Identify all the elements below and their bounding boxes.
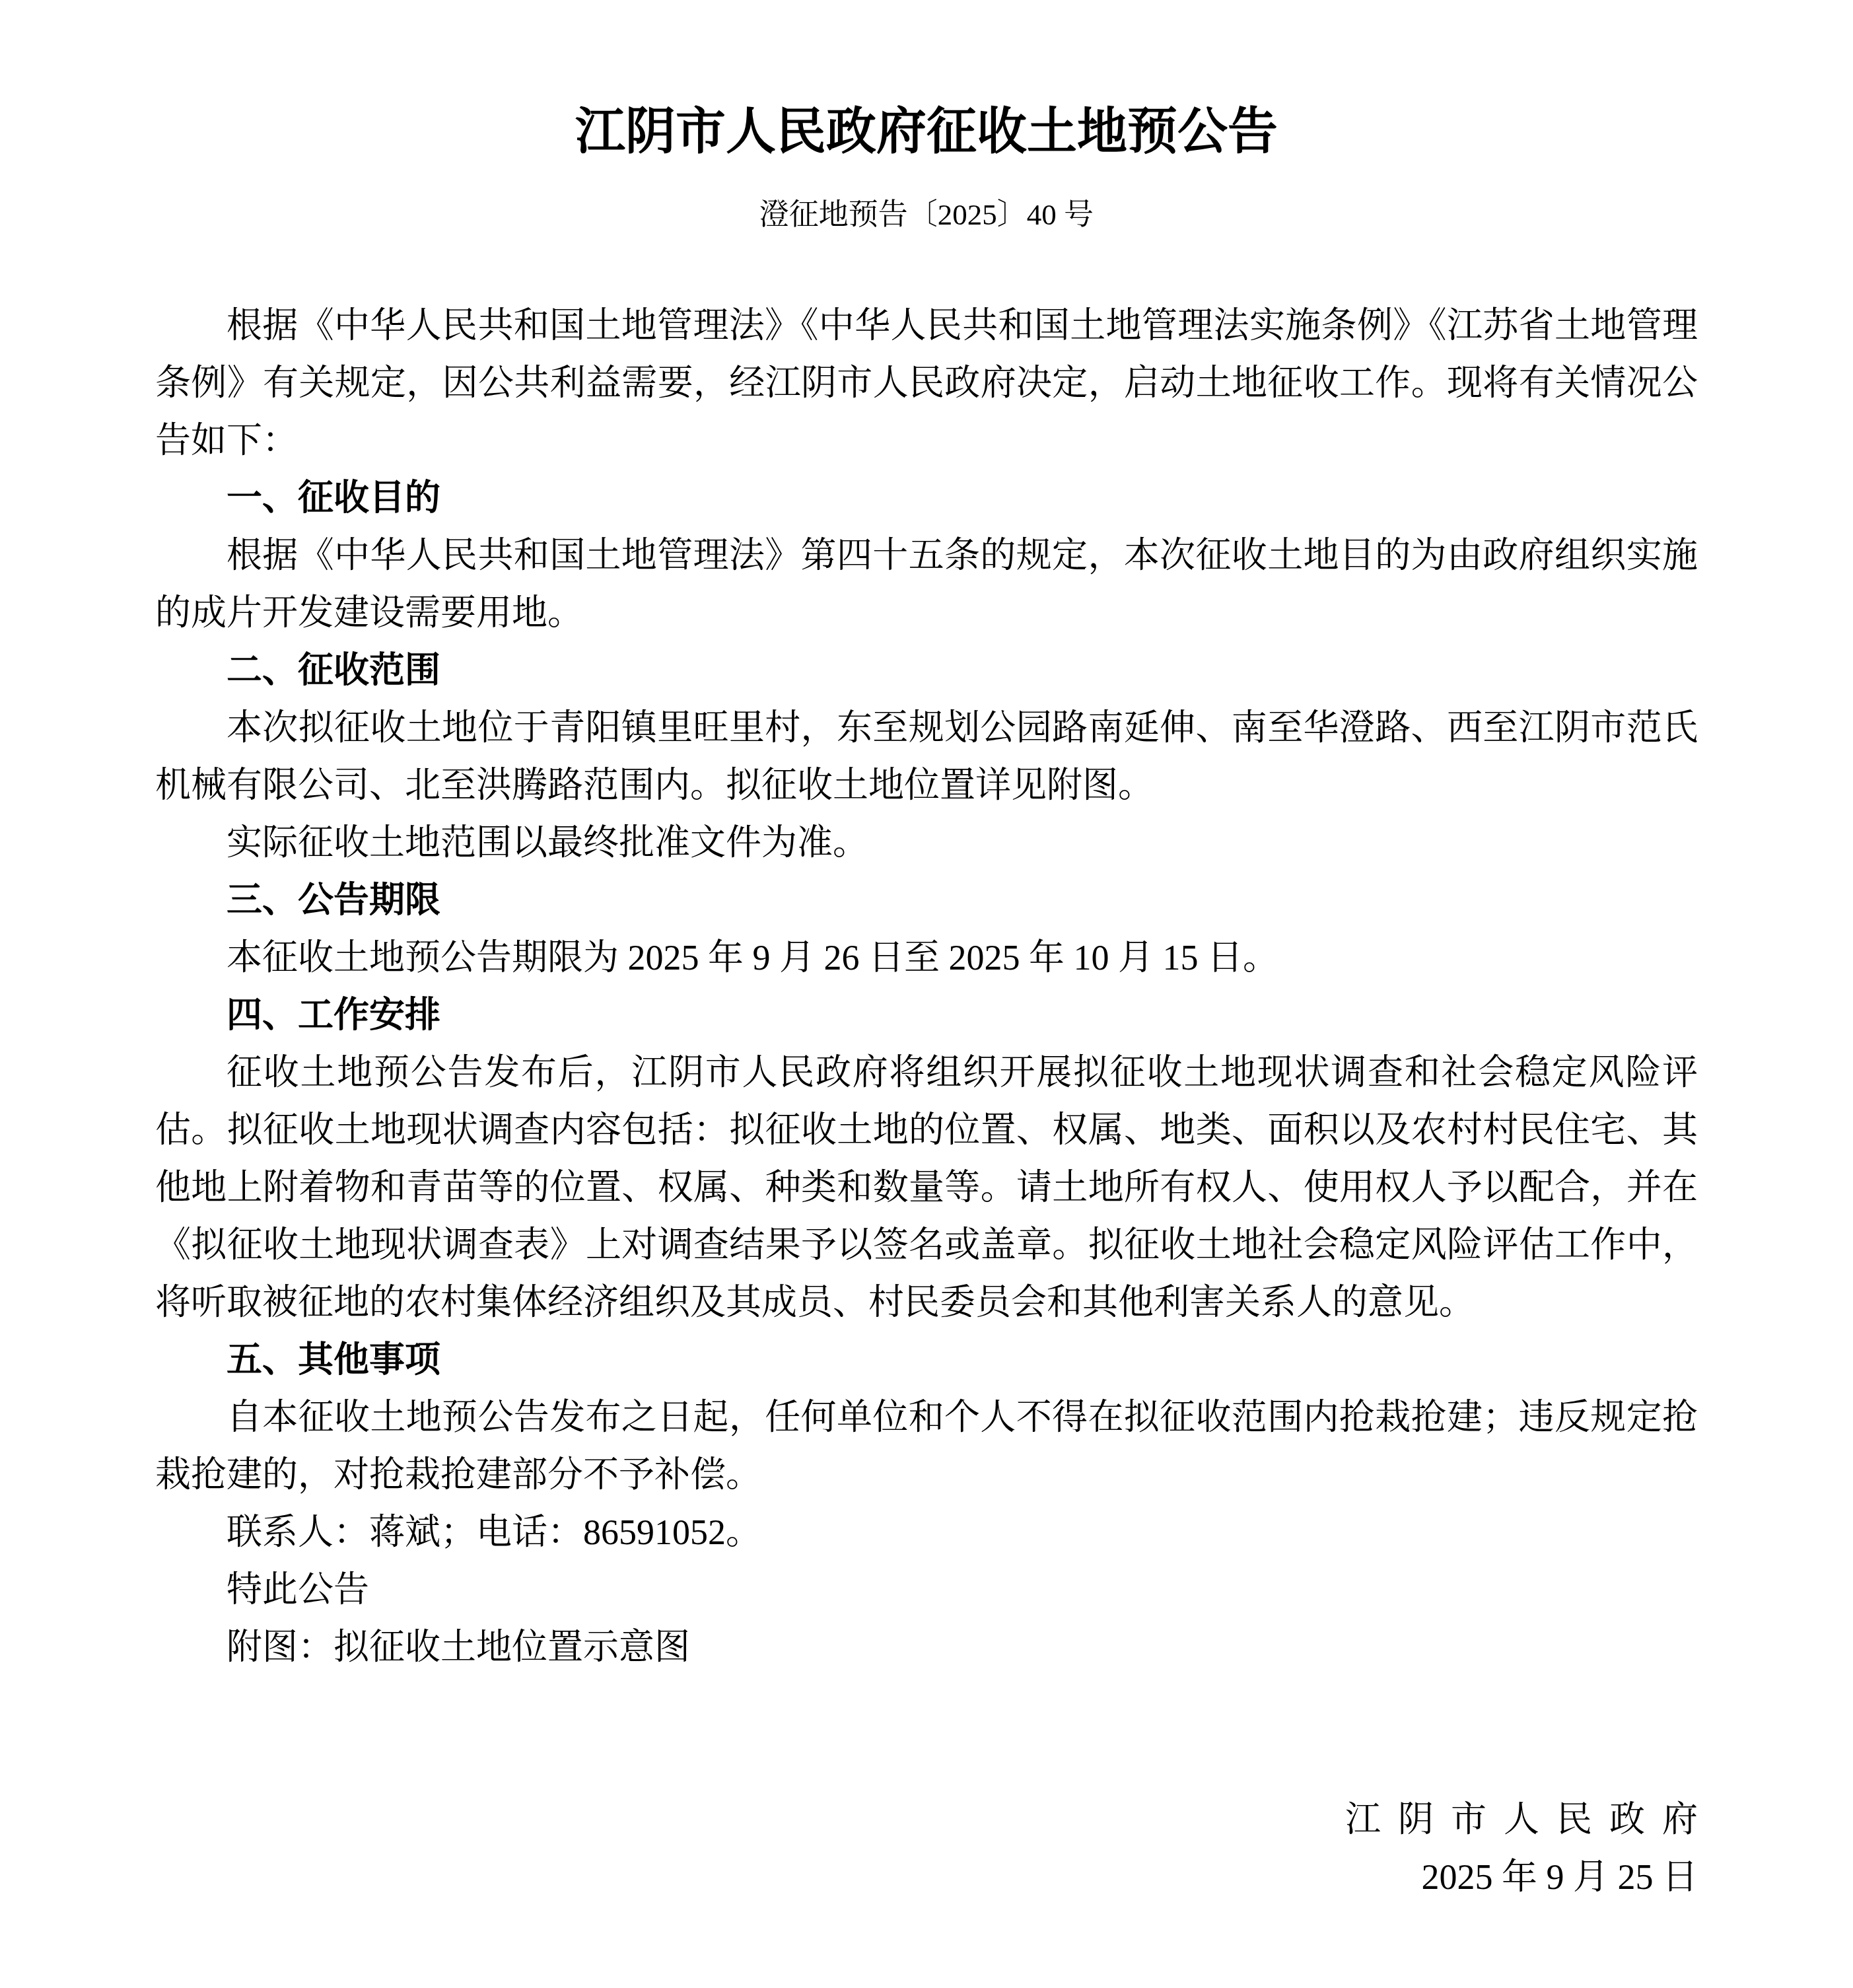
section-1-paragraph: 根据《中华人民共和国土地管理法》第四十五条的规定，本次征收土地目的为由政府组织实… [155,527,1698,642]
section-2-paragraph-1: 本次拟征收土地位于青阳镇里旺里村，东至规划公园路南延伸、南至华澄路、西至江阴市范… [155,699,1698,814]
document-body: 根据《中华人民共和国土地管理法》《中华人民共和国土地管理法实施条例》《江苏省土地… [155,297,1698,1676]
announcement-document: 江阴市人民政府征收土地预公告 澄征地预告〔2025〕40 号 根据《中华人民共和… [0,0,1853,1988]
section-3-paragraph: 本征收土地预公告期限为 2025 年 9 月 26 日至 2025 年 10 月… [155,929,1698,987]
section-3-heading: 三、公告期限 [155,872,1698,929]
section-2-heading: 二、征收范围 [155,642,1698,699]
signature-date: 2025 年 9 月 25 日 [155,1849,1698,1906]
document-number: 澄征地预告〔2025〕40 号 [155,195,1698,234]
hereby-announced-line: 特此公告 [155,1561,1698,1619]
section-5-paragraph-1: 自本征收土地预公告发布之日起，任何单位和个人不得在拟征收范围内抢栽抢建；违反规定… [155,1389,1698,1504]
signature-issuer-text: 江阴市人民政府 [1345,1800,1715,1839]
section-4-paragraph: 征收土地预公告发布后，江阴市人民政府将组织开展拟征收土地现状调查和社会稳定风险评… [155,1044,1698,1331]
section-5-heading: 五、其他事项 [155,1331,1698,1389]
intro-paragraph: 根据《中华人民共和国土地管理法》《中华人民共和国土地管理法实施条例》《江苏省土地… [155,297,1698,470]
section-4-heading: 四、工作安排 [155,987,1698,1044]
document-title: 江阴市人民政府征收土地预公告 [155,102,1698,162]
section-1-heading: 一、征收目的 [155,470,1698,527]
signature-block: 江阴市人民政府 2025 年 9 月 25 日 [155,1791,1698,1906]
contact-line: 联系人：蒋斌；电话：86591052。 [155,1504,1698,1561]
attachment-line: 附图：拟征收土地位置示意图 [155,1619,1698,1676]
section-2-paragraph-2: 实际征收土地范围以最终批准文件为准。 [155,814,1698,872]
signature-issuer: 江阴市人民政府 [155,1791,1698,1849]
